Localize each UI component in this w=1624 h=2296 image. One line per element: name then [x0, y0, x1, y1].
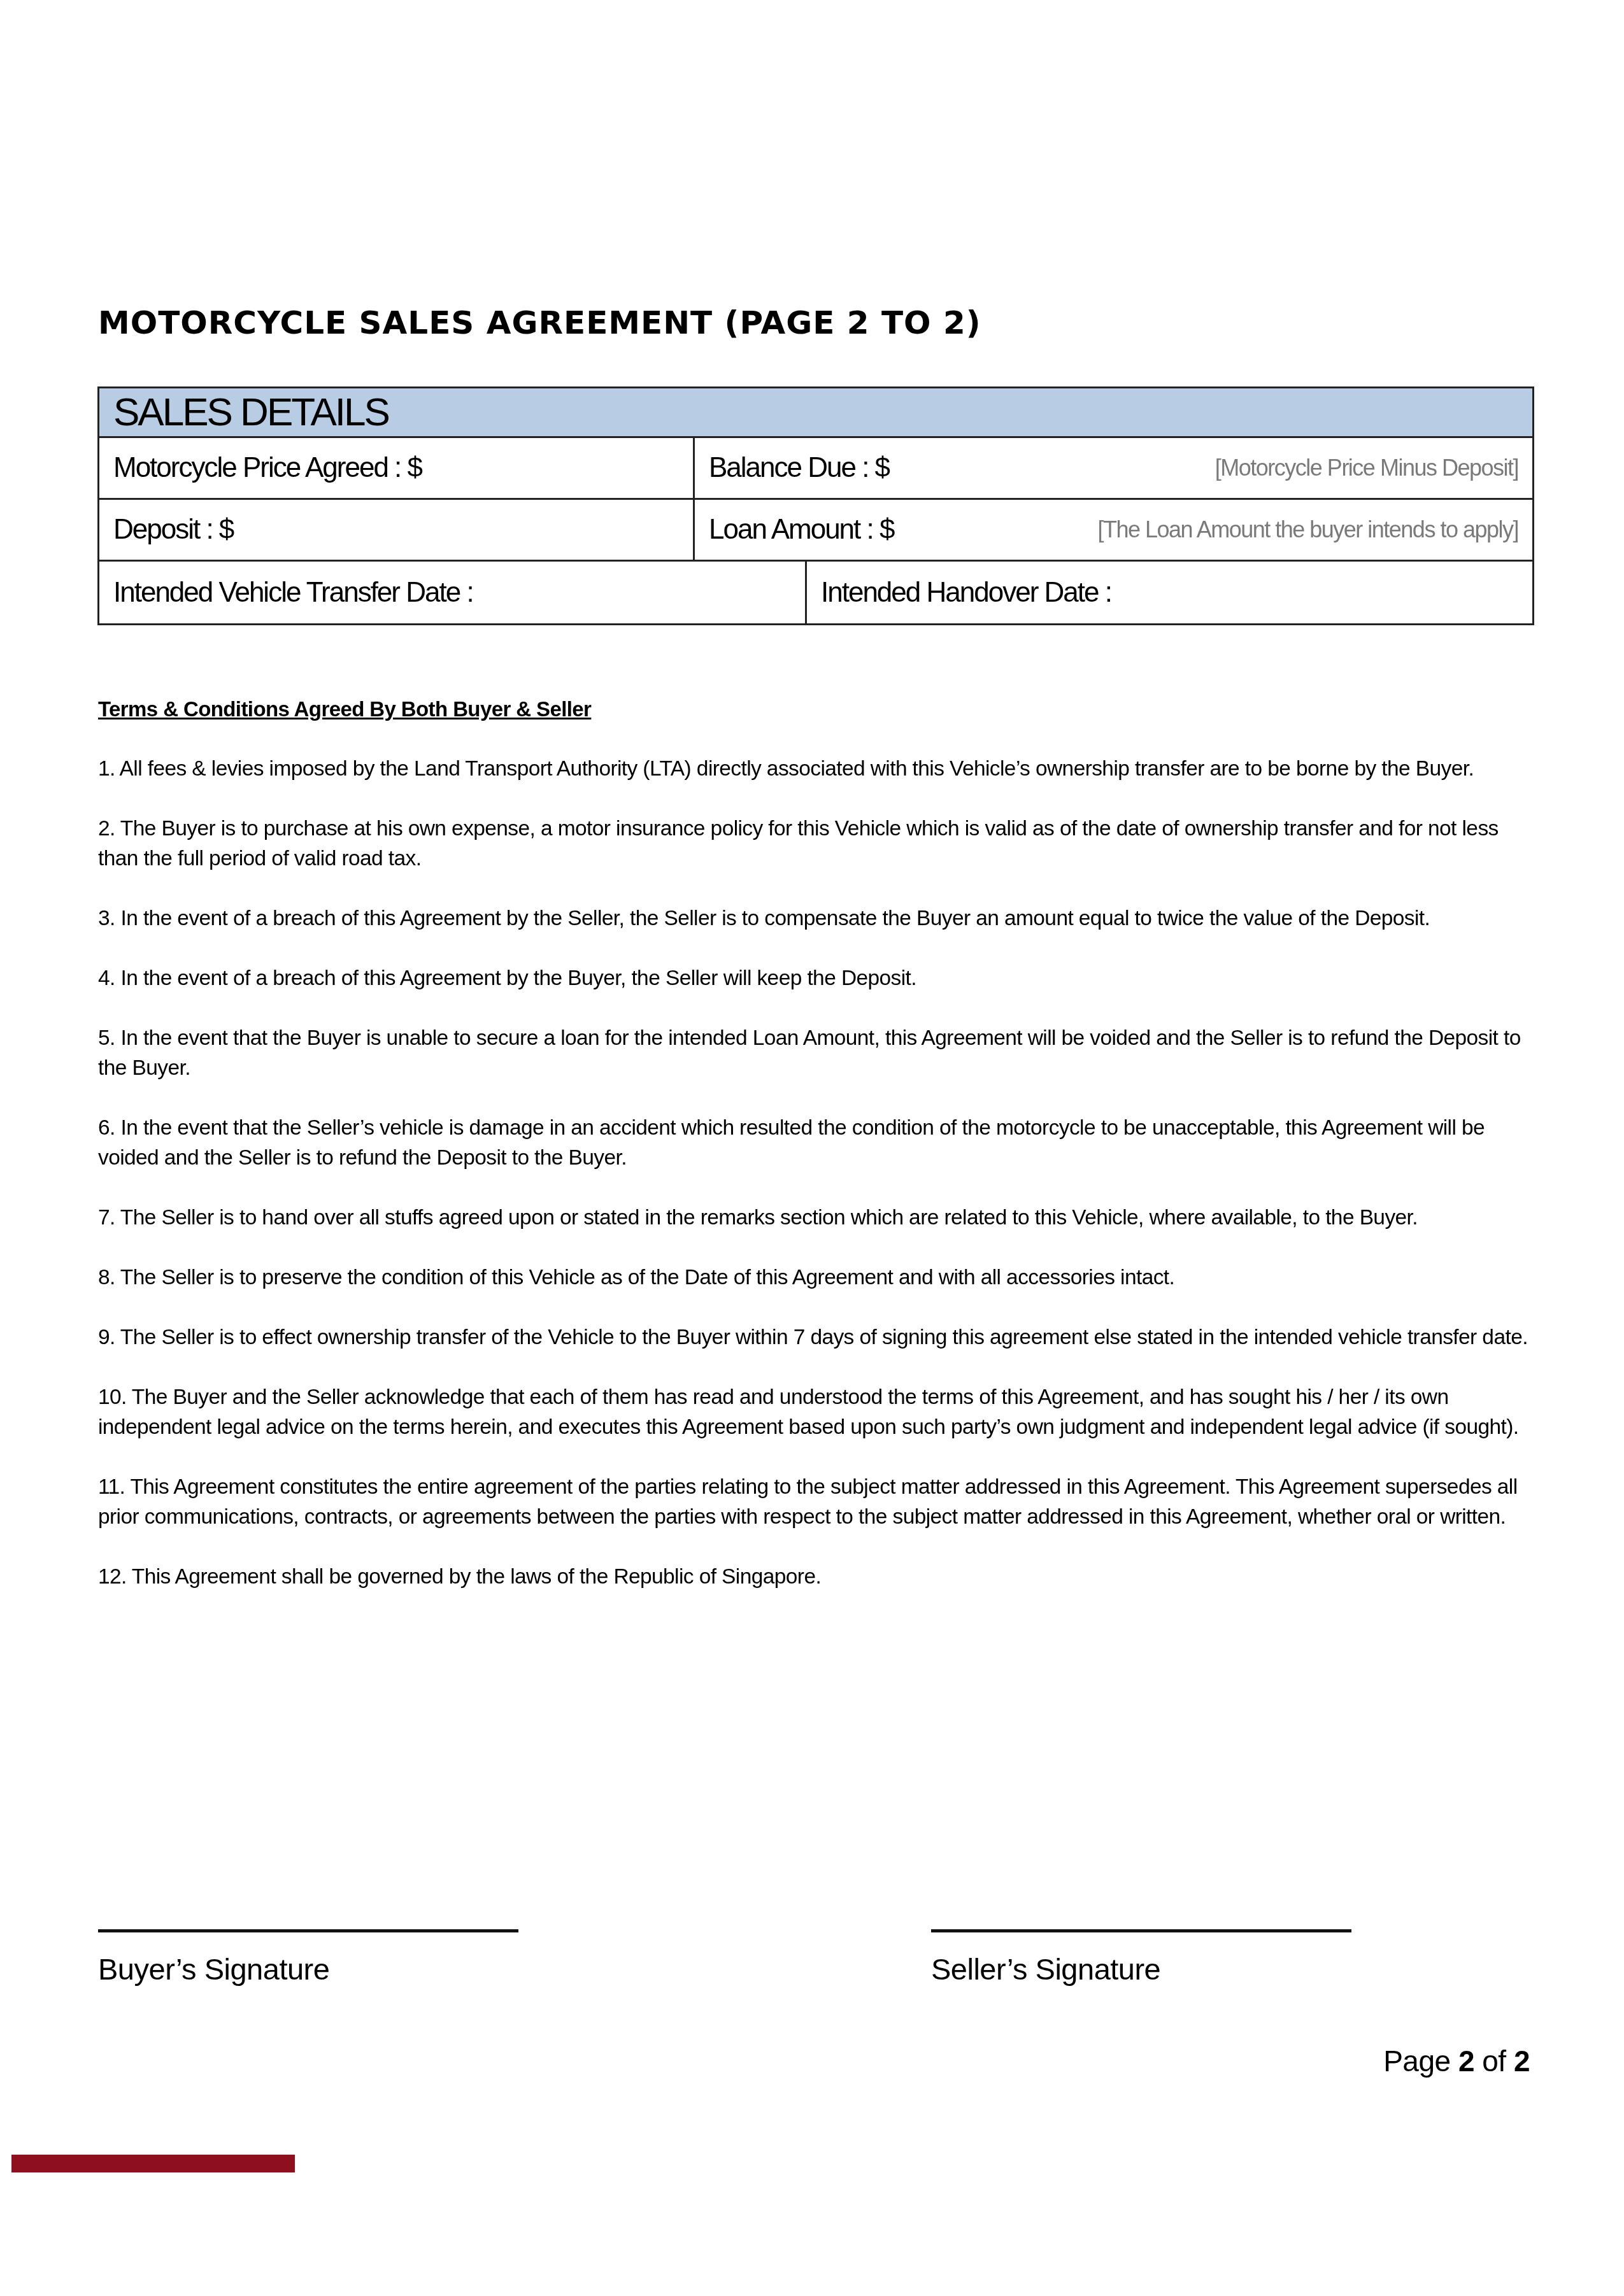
transfer-date-label: Intended Vehicle Transfer Date : — [113, 577, 473, 609]
accent-bar — [11, 2155, 295, 2172]
table-row: Motorcycle Price Agreed : $ Balance Due … — [99, 438, 1532, 500]
terms-heading: Terms & Conditions Agreed By Both Buyer … — [98, 694, 1537, 724]
document-title: MOTORCYCLE SALES AGREEMENT (PAGE 2 TO 2) — [98, 304, 981, 341]
seller-signature-label: Seller’s Signature — [931, 1952, 1351, 1987]
term-item: 11. This Agreement constitutes the entir… — [98, 1472, 1537, 1532]
page-current: 2 — [1458, 2044, 1474, 2078]
loan-amount-field[interactable]: Loan Amount : $ [The Loan Amount the buy… — [695, 500, 1532, 560]
terms-section: Terms & Conditions Agreed By Both Buyer … — [98, 694, 1537, 1622]
seller-signature-block: Seller’s Signature — [931, 1929, 1351, 1987]
handover-date-label: Intended Handover Date : — [821, 577, 1111, 609]
term-item: 4. In the event of a breach of this Agre… — [98, 963, 1537, 993]
term-item: 2. The Buyer is to purchase at his own e… — [98, 814, 1537, 874]
seller-signature-line[interactable] — [931, 1929, 1351, 1932]
page-prefix: Page — [1383, 2044, 1458, 2078]
deposit-label: Deposit : $ — [113, 514, 233, 546]
term-item: 3. In the event of a breach of this Agre… — [98, 904, 1537, 933]
balance-due-hint: [Motorcycle Price Minus Deposit] — [1215, 455, 1518, 481]
buyer-signature-block: Buyer’s Signature — [98, 1929, 518, 1987]
handover-date-field[interactable]: Intended Handover Date : — [807, 562, 1532, 623]
term-item: 9. The Seller is to effect ownership tra… — [98, 1322, 1537, 1352]
transfer-date-field[interactable]: Intended Vehicle Transfer Date : — [99, 562, 807, 623]
table-row: Intended Vehicle Transfer Date : Intende… — [99, 562, 1532, 623]
motorcycle-price-label: Motorcycle Price Agreed : $ — [113, 452, 422, 484]
term-item: 8. The Seller is to preserve the conditi… — [98, 1263, 1537, 1293]
loan-amount-hint: [The Loan Amount the buyer intends to ap… — [1098, 516, 1519, 543]
balance-due-label: Balance Due : $ — [709, 452, 889, 484]
deposit-field[interactable]: Deposit : $ — [99, 500, 695, 560]
term-item: 5. In the event that the Buyer is unable… — [98, 1023, 1537, 1083]
motorcycle-price-field[interactable]: Motorcycle Price Agreed : $ — [99, 438, 695, 498]
buyer-signature-label: Buyer’s Signature — [98, 1952, 518, 1987]
sales-details-heading: SALES DETAILS — [99, 388, 1532, 438]
table-row: Deposit : $ Loan Amount : $ [The Loan Am… — [99, 500, 1532, 562]
term-item: 12. This Agreement shall be governed by … — [98, 1562, 1537, 1592]
term-item: 1. All fees & levies imposed by the Land… — [98, 754, 1537, 784]
term-item: 10. The Buyer and the Seller acknowledge… — [98, 1382, 1537, 1442]
term-item: 7. The Seller is to hand over all stuffs… — [98, 1203, 1537, 1233]
loan-amount-label: Loan Amount : $ — [709, 514, 894, 546]
page-of: of — [1474, 2044, 1514, 2078]
buyer-signature-line[interactable] — [98, 1929, 518, 1932]
balance-due-field[interactable]: Balance Due : $ [Motorcycle Price Minus … — [695, 438, 1532, 498]
page-total: 2 — [1514, 2044, 1530, 2078]
page-number: Page 2 of 2 — [1383, 2044, 1530, 2078]
sales-details-table: SALES DETAILS Motorcycle Price Agreed : … — [97, 386, 1534, 625]
term-item: 6. In the event that the Seller’s vehicl… — [98, 1113, 1537, 1173]
